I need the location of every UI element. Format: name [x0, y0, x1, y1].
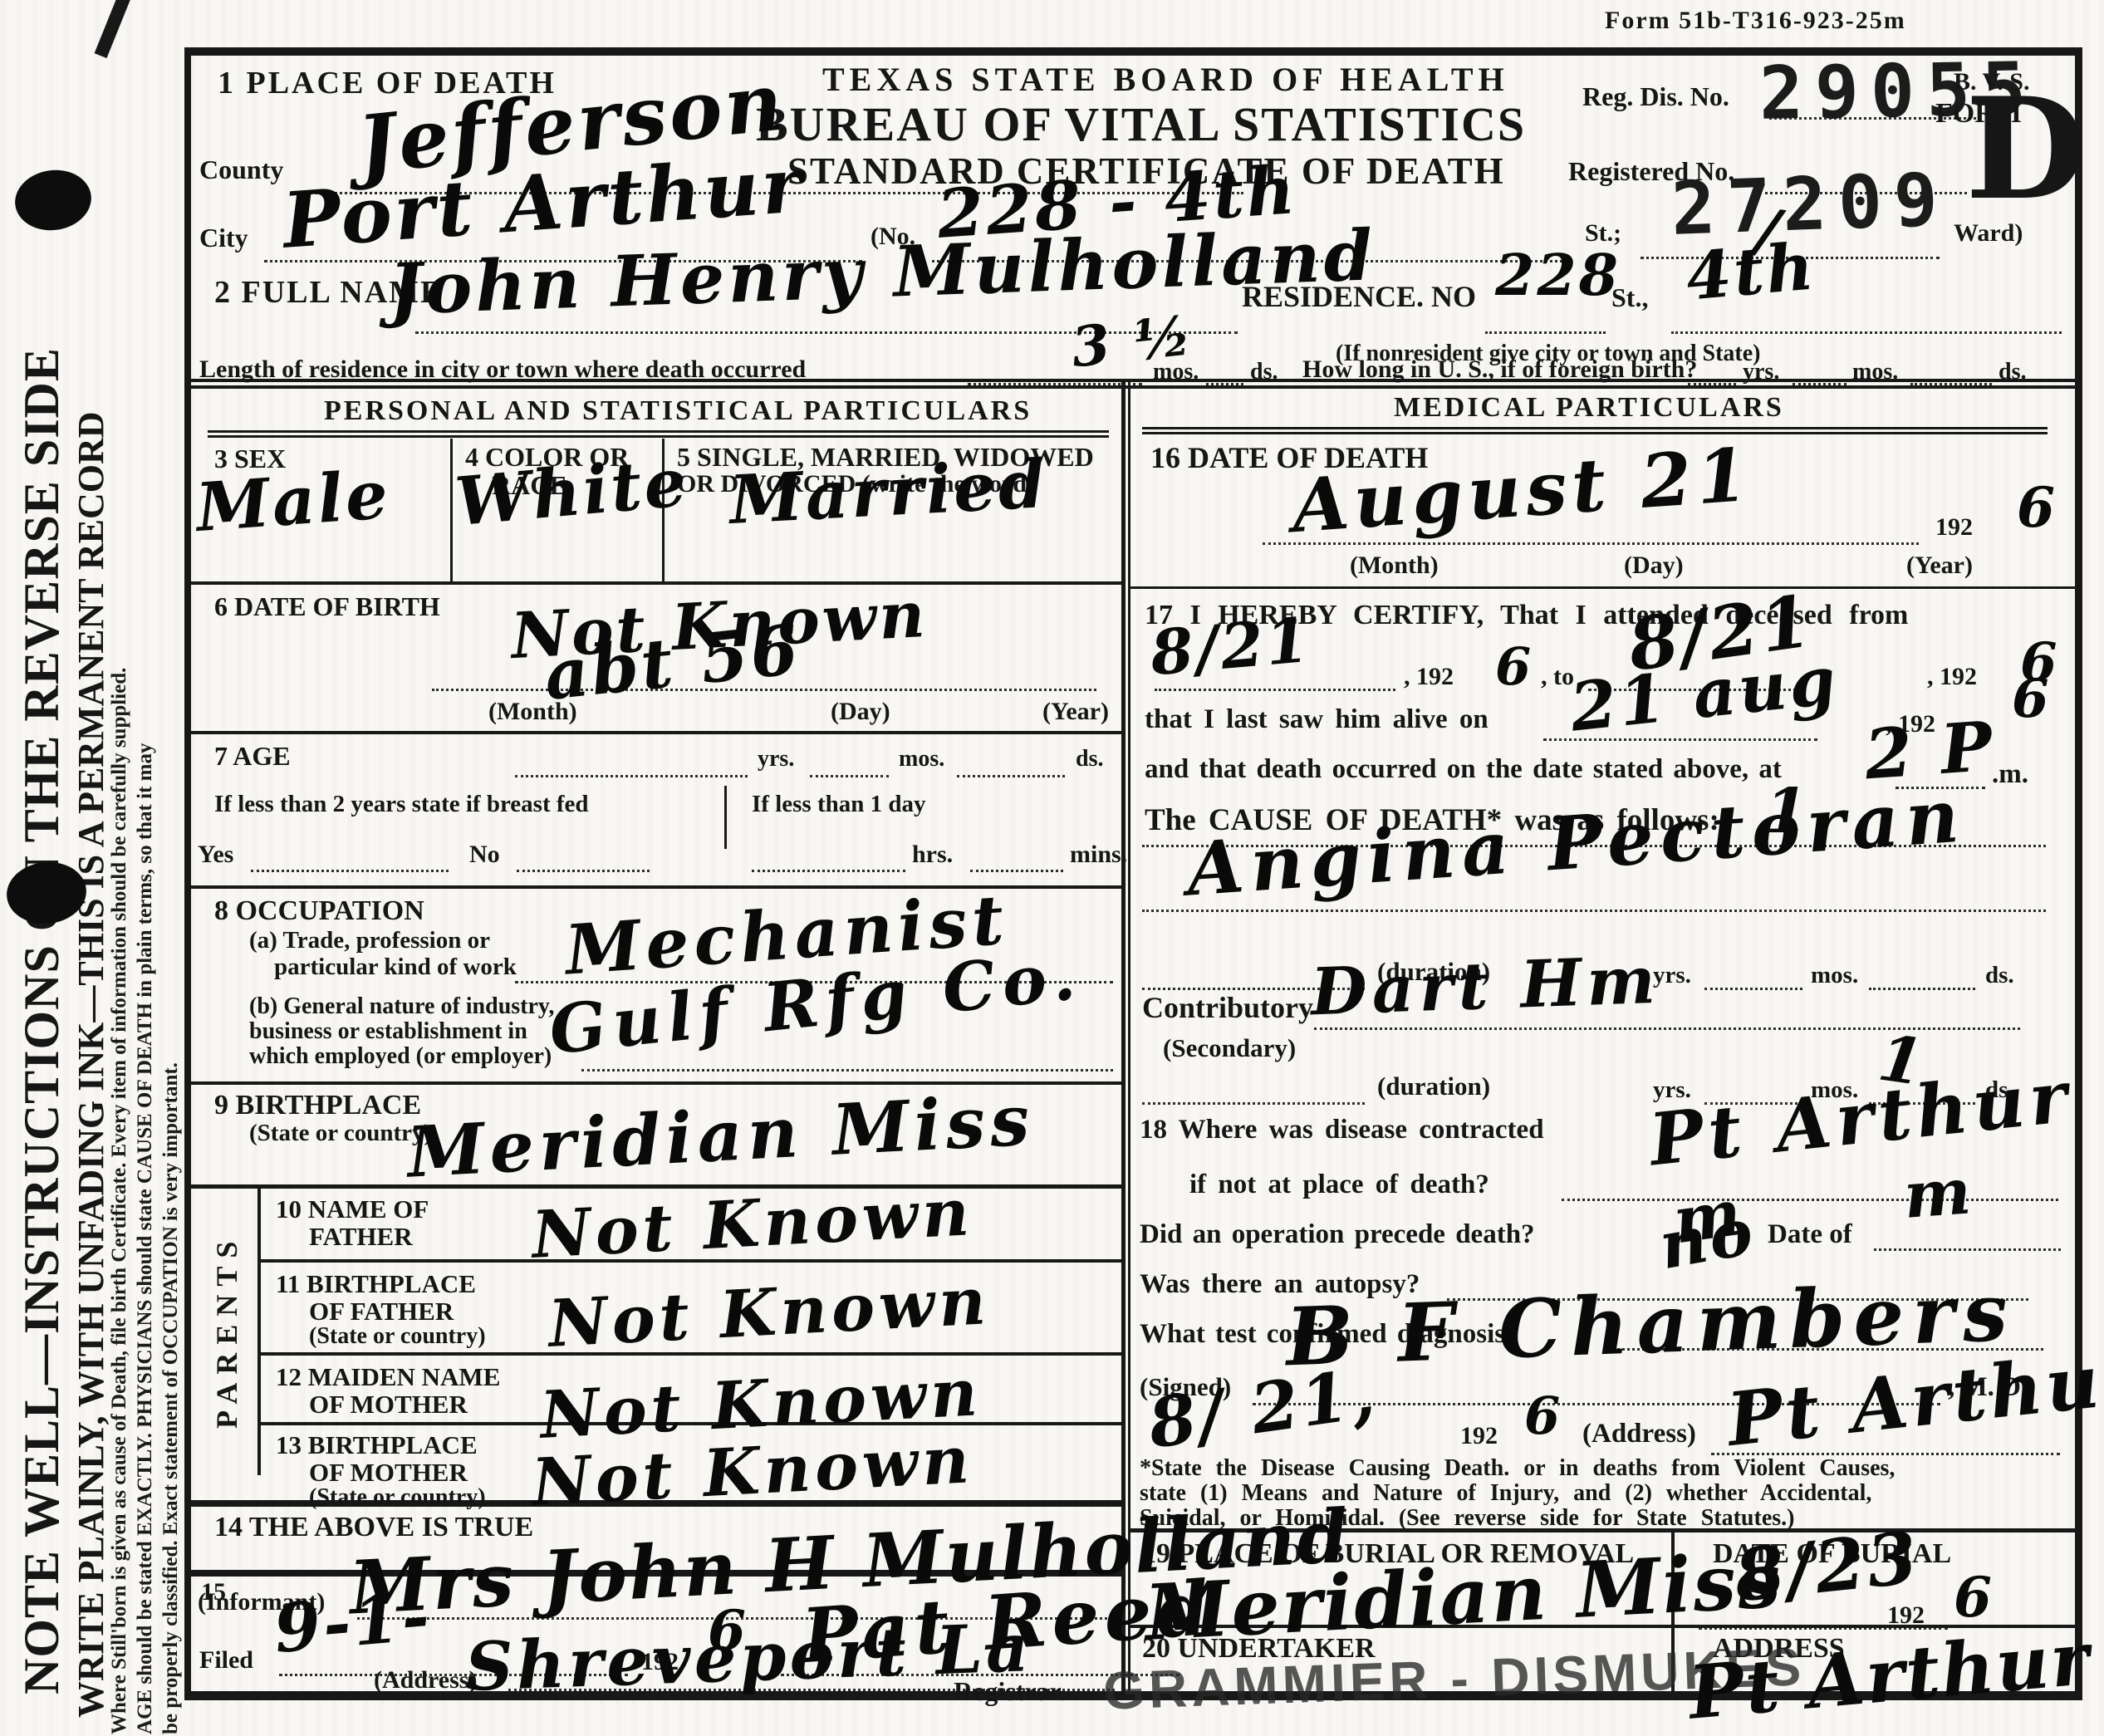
operation-date-rule [1874, 1248, 2061, 1251]
sidebar-write-plainly: WRITE PLAINLY, WITH UNFADING INK—THIS IS… [70, 411, 112, 1718]
death-time-m-label: .m. [1992, 759, 2028, 790]
dob-day-label: (Day) [831, 698, 890, 726]
signed-year-prefix: 192 [1460, 1422, 1498, 1450]
length-residence-label: Length of residence in city or town wher… [199, 356, 806, 384]
column-divider-inner [1128, 382, 1130, 1691]
autopsy-handwriting: no [1654, 1194, 1761, 1285]
mother-bp-label-2: OF MOTHER [309, 1458, 468, 1488]
father-name-label-2: FATHER [309, 1222, 413, 1252]
breastfed-label: If less than 2 years state if breast fed [214, 791, 589, 818]
lessday-label: If less than 1 day [752, 791, 926, 818]
attended-from-rule [1155, 688, 1395, 691]
occupation-a-label-1: (a) Trade, profession or [249, 927, 490, 954]
header-board: TEXAS STATE BOARD OF HEALTH [822, 60, 1509, 99]
signed-address-label: (Address) [1582, 1419, 1696, 1449]
hrs-rule [752, 869, 905, 872]
occupation-b-label-2: business or establishment in [249, 1018, 527, 1045]
mins-rule [970, 869, 1063, 872]
reg-dis-label: Reg. Dis. No. [1582, 81, 1729, 112]
hrs-label: hrs. [912, 841, 953, 869]
birthplace-label: 9 BIRTHPLACE [214, 1090, 421, 1121]
scan-corner-streak [95, 0, 132, 58]
header-bureau: BUREAU OF VITAL STATISTICS [756, 96, 1526, 152]
contributory-label: Contributory [1142, 990, 1313, 1025]
informant-address-label: (Address) [374, 1666, 477, 1694]
yes-label: Yes [198, 841, 233, 869]
filed-label: Filed [199, 1646, 253, 1675]
signed-date-handwriting: 8/ 21, [1144, 1353, 1382, 1464]
box-border-right [2075, 47, 2082, 1700]
residence-no-handwriting: 228 [1495, 243, 1621, 309]
howlong-mos-label: mos. [1852, 359, 1898, 385]
row-divider-sex [187, 581, 1124, 585]
birthplace-sub-label: (State or country) [249, 1120, 432, 1147]
operation-date-label: Date of [1768, 1219, 1852, 1250]
disease-contracted-label-2: if not at place of death? [1189, 1170, 1489, 1200]
disease-contracted-handwriting: Pt Arthur [1645, 1055, 2076, 1183]
dod-year-label: (Year) [1906, 552, 1973, 580]
last-saw-handwriting: 21 aug [1567, 640, 1842, 746]
father-bp-label-3: (State or country) [309, 1323, 486, 1350]
personal-title-rule-2 [208, 435, 1109, 438]
age-label: 7 AGE [214, 741, 291, 772]
mother-maiden-label-1: 12 MAIDEN NAME [276, 1362, 500, 1392]
filed-date-handwriting: 9-1- [271, 1577, 434, 1668]
occupation-a-label-2: particular kind of work [274, 954, 517, 981]
dod-month-label: (Month) [1350, 552, 1439, 580]
filed-section-number: 15 [201, 1578, 226, 1606]
operation-date-handwriting: m [1901, 1154, 1975, 1233]
duration1-rule-2 [1869, 987, 1975, 990]
father-bp-label-2: OF FATHER [309, 1297, 454, 1327]
father-name-label-1: 10 NAME OF [276, 1194, 429, 1224]
contributory-handwriting: Dart Hm [1310, 943, 1662, 1031]
mother-bp-label-1: 13 BIRTHPLACE [276, 1430, 478, 1460]
age-ds-label: ds. [1076, 746, 1103, 772]
duration1-ds-label: ds. [1985, 962, 2014, 989]
death-occurred-label: and that death occurred on the date stat… [1145, 754, 1782, 785]
residence-st-handwriting: 4th [1683, 228, 1818, 315]
residence-st-rule [1671, 331, 2062, 334]
length-residence-handwriting: 3 ½ [1068, 303, 1196, 380]
cause-handwriting: Angina Pectoran [1184, 772, 1969, 912]
medical-title-rule-2 [1142, 432, 2048, 434]
medical-title: MEDICAL PARTICULARS [1394, 392, 1784, 424]
burial-year-prefix: 192 [1887, 1601, 1925, 1630]
cause-rule-2 [1142, 909, 2046, 912]
burial-year-handwriting: 6 [1954, 1565, 1994, 1630]
footnote-line-1: *State the Disease Causing Death. or in … [1140, 1455, 1895, 1482]
age-rule-1 [515, 774, 748, 777]
row-divider-bp [187, 1184, 1124, 1189]
age-rule-3 [957, 774, 1065, 777]
personal-title-rule-1 [208, 430, 1109, 433]
duration2-rule-0 [1142, 1101, 1365, 1105]
attended-from-handwriting: 8/21 [1148, 605, 1314, 690]
row-divider-dod [1130, 586, 2075, 589]
marital-handwriting: Married [728, 444, 1049, 539]
sidebar-small-line: AGE should be stated EXACTLY. PHYSICIANS… [132, 668, 158, 1734]
county-label: County [199, 154, 283, 185]
sex-handwriting: Male [194, 455, 393, 547]
no-label: No [469, 841, 500, 869]
yes-rule [251, 869, 449, 872]
mins-label: mins. [1070, 841, 1127, 869]
occupation-b-rule [581, 1068, 1113, 1072]
mother-bp-label-3: (State or country) [309, 1484, 486, 1511]
last-saw-year-handwriting: 6 [2012, 668, 2052, 730]
howlong-yrs-label: yrs. [1743, 359, 1779, 385]
sidebar-note-well: NOTE WELL—INSTRUCTIONS ON THE REVERSE SI… [13, 347, 71, 1694]
certify-192b: , 192 [1927, 663, 1977, 691]
duration2-label: (duration) [1377, 1072, 1490, 1101]
medical-title-rule-1 [1142, 427, 2048, 429]
occupation-label: 8 OCCUPATION [214, 895, 424, 927]
age-mos-label: mos. [899, 746, 944, 772]
form-number: Form 51b-T316-923-25m [1605, 7, 1906, 35]
from-year-handwriting: 6 [1495, 636, 1533, 697]
certify-192a: , 192 [1404, 663, 1454, 691]
length-ds-label: ds. [1250, 359, 1278, 385]
duration1-mos-label: mos. [1811, 962, 1858, 989]
mother-maiden-label-2: OF MOTHER [309, 1390, 468, 1420]
personal-title: PERSONAL AND STATISTICAL PARTICULARS [324, 395, 1032, 427]
parents-box-divider [257, 1184, 261, 1475]
punch-hole-top [11, 165, 95, 235]
dob-year-label: (Year) [1042, 698, 1109, 726]
age-rule-2 [810, 774, 889, 777]
sex-color-divider [450, 439, 453, 581]
operation-label: Did an operation precede death? [1140, 1219, 1535, 1250]
breastfed-divider [724, 786, 727, 849]
row-divider-dob [187, 731, 1124, 734]
howlong-ds-label: ds. [1999, 359, 2026, 385]
main-divider-2 [187, 385, 2082, 389]
father-bp-label-1: 11 BIRTHPLACE [276, 1269, 476, 1299]
father-bp-handwriting: Not Known [547, 1263, 992, 1362]
last-saw-label: that I last saw him alive on [1145, 704, 1488, 735]
filed-year-handwriting: 6 [708, 1598, 748, 1663]
howlong-us-label: How long in U. S., if of foreign birth? [1302, 356, 1697, 384]
column-divider [1121, 382, 1126, 1691]
age-yrs-label: yrs. [758, 746, 794, 772]
form-word-vertical: FORM [1935, 98, 1969, 130]
occupation-b-label-1: (b) General nature of industry, [249, 993, 554, 1020]
parents-vertical-label: PARENTS [209, 1233, 244, 1429]
dod-day-label: (Day) [1624, 552, 1684, 580]
disease-contracted-rule [1562, 1198, 2058, 1201]
secondary-label: (Secondary) [1163, 1033, 1296, 1063]
occupation-b-label-3: which employed (or employer) [249, 1043, 552, 1070]
sidebar-small-line: be properly classified. Exact statement … [158, 668, 184, 1734]
dod-year-prefix: 192 [1935, 513, 1973, 542]
bvs-label: B. V. S. [1954, 68, 2029, 96]
no-rule [517, 869, 650, 872]
dod-year-handwriting: 6 [2017, 475, 2057, 540]
residence-no-rule [1485, 331, 1606, 334]
signed-year-handwriting: 6 [1524, 1385, 1562, 1446]
dob-label: 6 DATE OF BIRTH [214, 591, 440, 622]
duration1-rule-1 [1704, 987, 1802, 990]
city-label: City [199, 223, 248, 253]
death-certificate-scan: NOTE WELL—INSTRUCTIONS ON THE REVERSE SI… [0, 0, 2104, 1736]
disease-contracted-label: 18 Where was disease contracted [1140, 1115, 1544, 1145]
box-border-left [184, 47, 191, 1700]
sidebar-small-print: Where Still'born is given as cause of De… [106, 668, 184, 1734]
